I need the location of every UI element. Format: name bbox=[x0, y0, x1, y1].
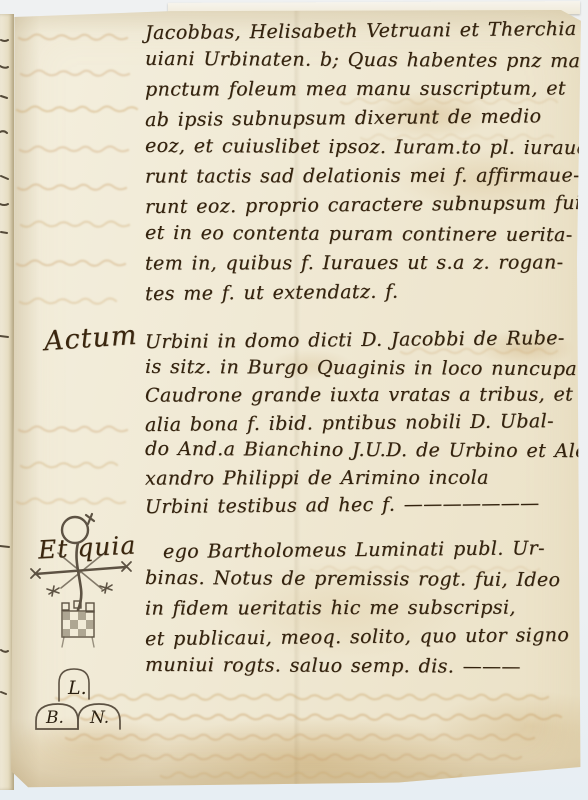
manuscript-line: xandro Philippi de Arimino incola bbox=[145, 464, 581, 493]
manuscript-line: pnctum foleum mea manu suscriptum, et bbox=[145, 74, 581, 104]
manuscript-line: muniui rogts. saluo semp. dis. ——— bbox=[145, 651, 581, 682]
manuscript-line: tem in, quibus f. Iuraues ut s.a z. roga… bbox=[145, 248, 581, 278]
manuscript-line: Urbini in domo dicti D. Jacobbi de Rube- bbox=[145, 325, 581, 357]
manuscript-line: runt eoz. proprio caractere subnupsum fu… bbox=[145, 189, 581, 222]
manuscript-line: Jacobbas, Helisabeth Vetruani et Therchi… bbox=[145, 15, 581, 48]
manuscript-line: ego Bartholomeus Luminati publ. Ur- bbox=[145, 534, 581, 567]
signum-initial-n: N. bbox=[89, 708, 109, 728]
signum-circle-icon bbox=[62, 514, 94, 543]
manuscript-line: Urbini testibus ad hec f. ——————— bbox=[145, 490, 581, 522]
manuscript-line: in fidem ueritatis hic me subscripsi, bbox=[145, 593, 581, 623]
signum-castle-icon bbox=[62, 601, 94, 647]
signum-cross-icon bbox=[31, 543, 131, 610]
notary-closing-paragraph: ego Bartholomeus Luminati publ. Ur- bina… bbox=[145, 536, 581, 681]
photo-backdrop: Jacobbas, Helisabeth Vetruani et Therchi… bbox=[0, 0, 588, 800]
notarial-signum: L. B. N. bbox=[28, 511, 136, 737]
manuscript-line: et in eo contenta puram continere uerita… bbox=[145, 219, 581, 250]
manuscript-line: et publicaui, meoq. solito, quo utor sig… bbox=[145, 621, 581, 654]
margin-word-actum: Actum bbox=[43, 320, 138, 357]
manuscript-page: Jacobbas, Helisabeth Vetruani et Therchi… bbox=[11, 10, 581, 788]
actum-paragraph: Urbini in domo dicti D. Jacobbi de Rube-… bbox=[145, 327, 581, 520]
manuscript-line: uiani Urbinaten. b; Quas habentes pnz ma… bbox=[145, 45, 581, 76]
signum-initial-b: B. bbox=[45, 708, 64, 728]
opening-paragraph: Jacobbas, Helisabeth Vetruani et Therchi… bbox=[145, 17, 581, 307]
signum-initial-l: L. bbox=[67, 677, 87, 699]
manuscript-line: tes me f. ut extendatz. f. bbox=[145, 276, 581, 309]
manuscript-line: alia bona f. ibid. pntibus nobili D. Uba… bbox=[145, 407, 581, 439]
manuscript-line: runt tactis sad delationis mei f. affirm… bbox=[145, 161, 581, 191]
manuscript-line: is sitz. in Burgo Quaginis in loco nuncu… bbox=[145, 353, 581, 383]
manuscript-line: Caudrone grande iuxta vratas a tribus, e… bbox=[145, 381, 581, 410]
manuscript-line: do And.a Bianchino J.U.D. de Urbino et A… bbox=[145, 436, 581, 466]
manuscript-line: eoz, et cuiuslibet ipsoz. Iuram.to pl. i… bbox=[145, 132, 581, 163]
manuscript-line: binas. Notus de premissis rogt. fui, Ide… bbox=[145, 564, 581, 595]
manuscript-line: ab ipsis subnupsum dixerunt de medio bbox=[145, 102, 581, 135]
